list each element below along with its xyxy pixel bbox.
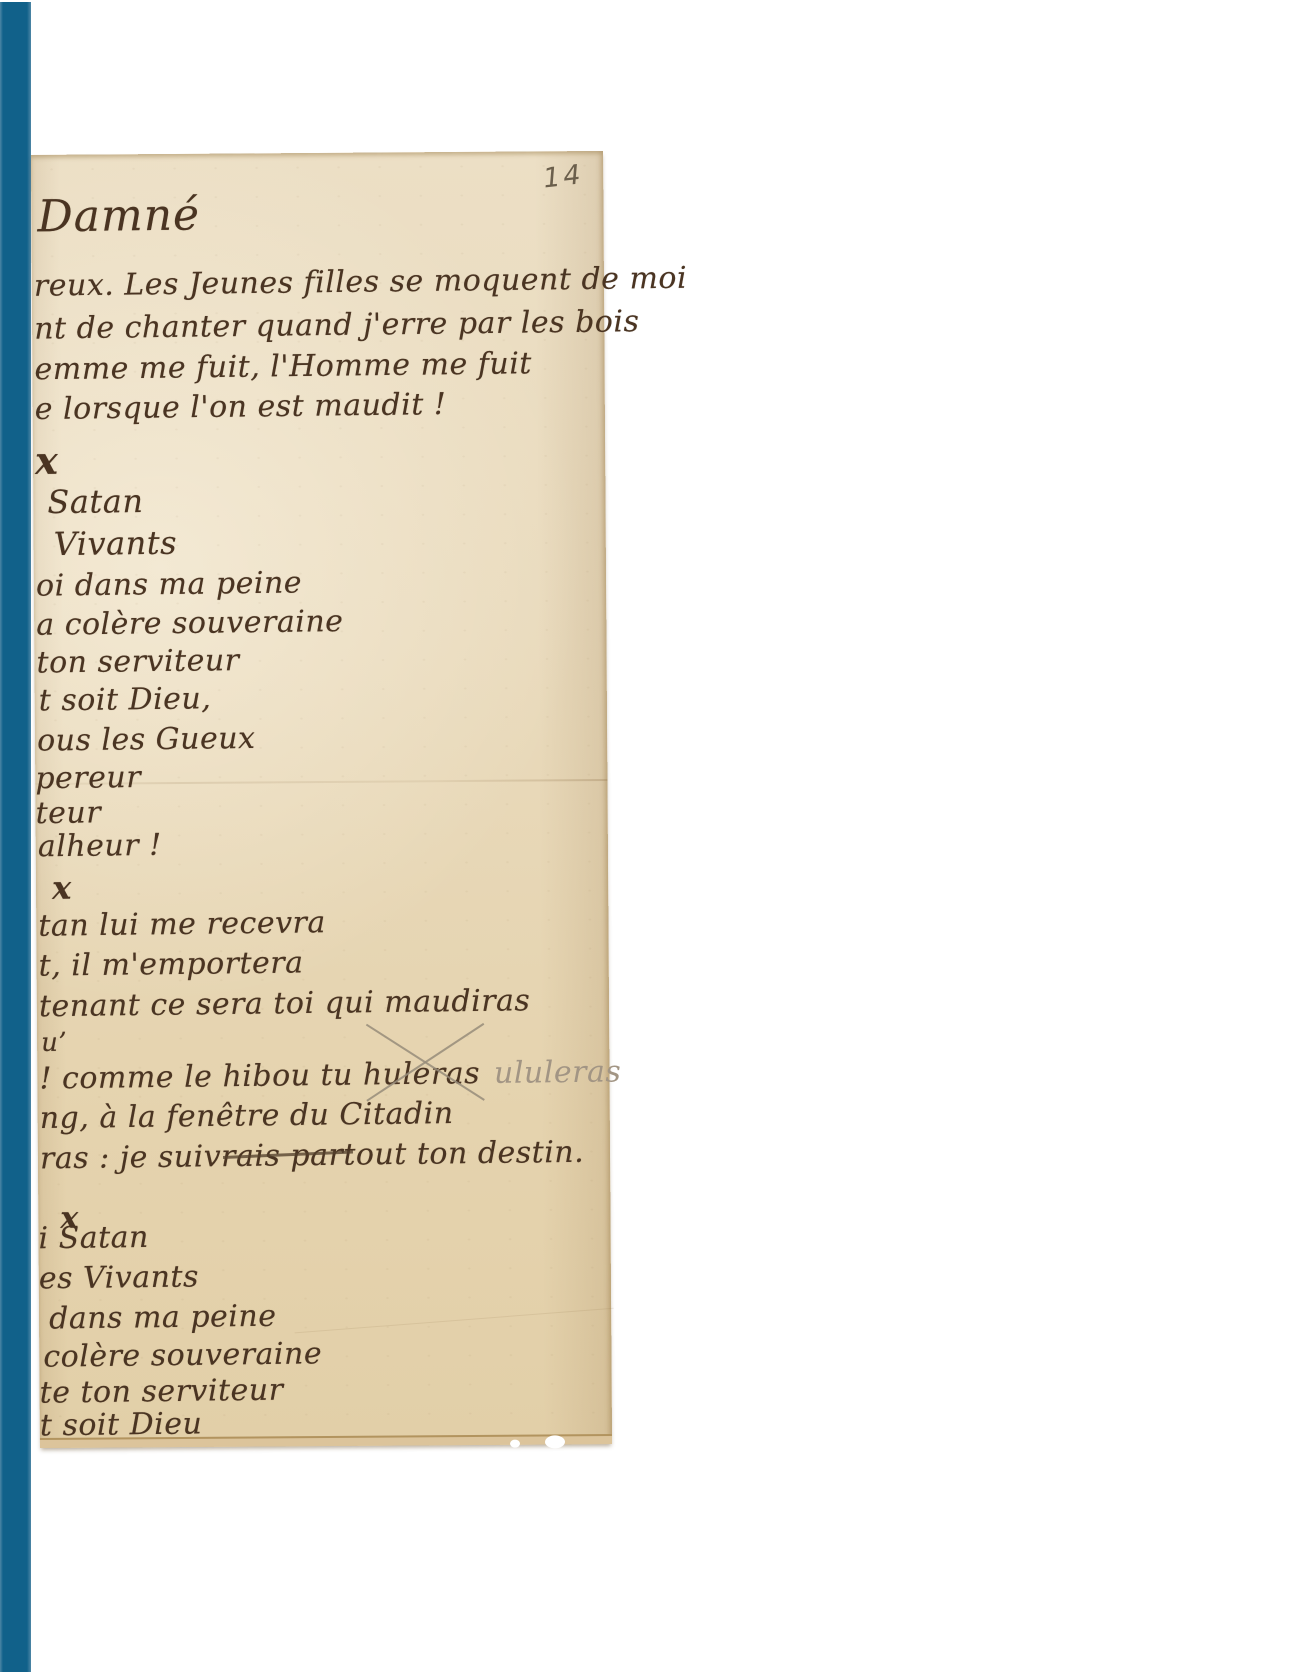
manuscript-line-corrected: ! comme le hibou tu hulerasululeras <box>39 1054 621 1096</box>
fold-crease-diagonal <box>295 1308 614 1334</box>
manuscript-line: es Vivants <box>39 1259 199 1296</box>
manuscript-line: i Satan <box>38 1220 149 1256</box>
manuscript-line: t, il m'emportera <box>38 945 303 983</box>
manuscript-line: Vivants <box>53 524 177 564</box>
manuscript-line: ras : je suivrais partout ton destin. <box>40 1135 585 1177</box>
manuscript-line: pereur <box>35 760 141 796</box>
manuscript-line: colère souveraine <box>43 1336 322 1374</box>
manuscript-line: ng, à la fenêtre du Citadin <box>40 1096 454 1136</box>
manuscript-line: emme me fuit, l'Homme me fuit <box>34 346 532 387</box>
manuscript-line: oi dans ma peine <box>36 565 302 603</box>
section-divider-x: x <box>52 869 72 907</box>
manuscript-line: ous les Gueux <box>37 721 256 759</box>
manuscript-paper: 14 Damné reux. Les Jeunes filles se moqu… <box>31 151 612 1448</box>
section-divider-x: x <box>35 438 58 483</box>
manuscript-line: ton serviteur <box>36 643 239 680</box>
manuscript-line-fragment: u’ <box>41 1028 67 1058</box>
manuscript-line: dans ma peine <box>49 1299 277 1337</box>
manuscript-line: t soit Dieu, <box>39 681 212 718</box>
manuscript-line: a colère souveraine <box>36 604 344 643</box>
line-ink-text: ! comme le hibou tu <box>39 1058 363 1097</box>
folio-number: 14 <box>542 159 586 194</box>
paper-edge-notch <box>545 1435 565 1448</box>
manuscript-line: nt de chanter quand j'erre par les bois <box>34 304 640 346</box>
paper-edge-notch <box>510 1440 520 1448</box>
manuscript-line: alheur ! <box>38 828 162 865</box>
pencil-correction-word: ululeras <box>494 1054 622 1091</box>
accent-bar <box>0 2 31 1672</box>
manuscript-line: tan lui me recevra <box>38 905 326 944</box>
manuscript-line: reux. Les Jeunes filles se moquent de mo… <box>34 261 688 304</box>
manuscript-title: Damné <box>37 189 200 242</box>
manuscript-line: e lorsque l'on est maudit ! <box>35 387 447 427</box>
manuscript-line: te ton serviteur <box>39 1373 283 1411</box>
manuscript-line: Satan <box>47 482 144 521</box>
manuscript-line: teur <box>35 795 101 831</box>
